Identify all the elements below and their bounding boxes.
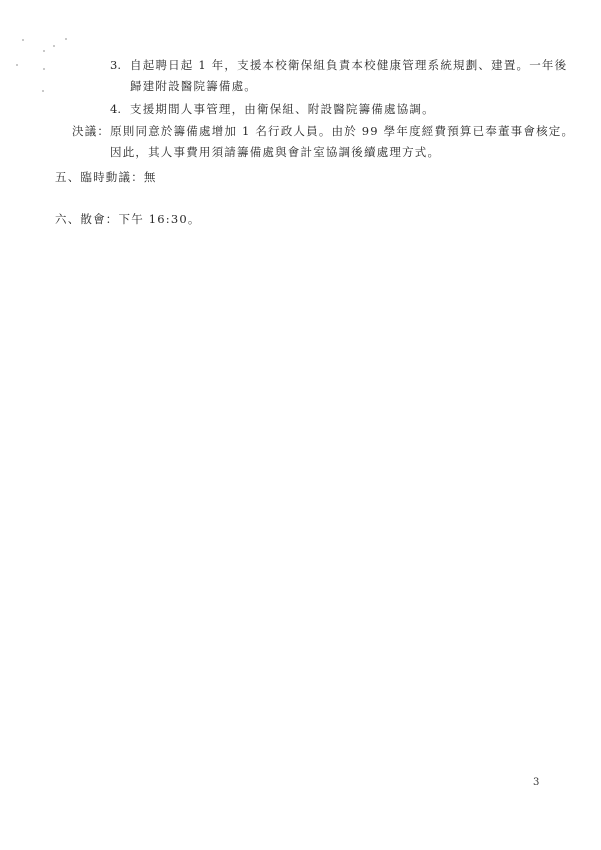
list-item-text: 支援期間人事管理，由衛保組、附設醫院籌備處協調。	[130, 102, 435, 116]
scan-speck	[42, 90, 44, 92]
section-6-text: 六、散會：下午 16:30。	[55, 212, 201, 226]
section-extempore-motions: 五、臨時動議：無	[55, 170, 157, 184]
list-item-3-line2: 歸建附設醫院籌備處。	[130, 79, 257, 93]
list-item-text: 自起聘日起 1 年，支援本校衛保組負責本校健康管理系統規劃、建置。一年後	[130, 58, 567, 72]
resolution-line2: 因此，其人事費用須請籌備處與會計室協調後續處理方式。	[110, 145, 440, 159]
list-item-3-line1: 3.自起聘日起 1 年，支援本校衛保組負責本校健康管理系統規劃、建置。一年後	[110, 58, 567, 72]
page-number: 3	[533, 777, 539, 788]
scan-speck	[16, 64, 18, 66]
resolution-text: 原則同意於籌備處增加 1 名行政人員。由於 99 學年度經費預算已奉董事會核定。	[110, 124, 574, 138]
section-5-text: 五、臨時動議：無	[55, 170, 157, 184]
list-item-text-continued: 歸建附設醫院籌備處。	[130, 79, 257, 93]
scan-speck	[53, 45, 55, 47]
scan-speck	[22, 39, 24, 41]
list-item-number: 3.	[110, 58, 130, 72]
scan-speck	[65, 38, 67, 40]
list-item-4: 4.支援期間人事管理，由衛保組、附設醫院籌備處協調。	[110, 102, 435, 116]
list-item-number: 4.	[110, 102, 130, 116]
resolution-line1: 決議：原則同意於籌備處增加 1 名行政人員。由於 99 學年度經費預算已奉董事會…	[72, 124, 574, 138]
scan-speck	[43, 50, 45, 52]
section-adjournment: 六、散會：下午 16:30。	[55, 212, 201, 226]
resolution-text-continued: 因此，其人事費用須請籌備處與會計室協調後續處理方式。	[110, 145, 440, 159]
scan-speck	[43, 68, 45, 70]
resolution-label: 決議：	[72, 124, 110, 138]
